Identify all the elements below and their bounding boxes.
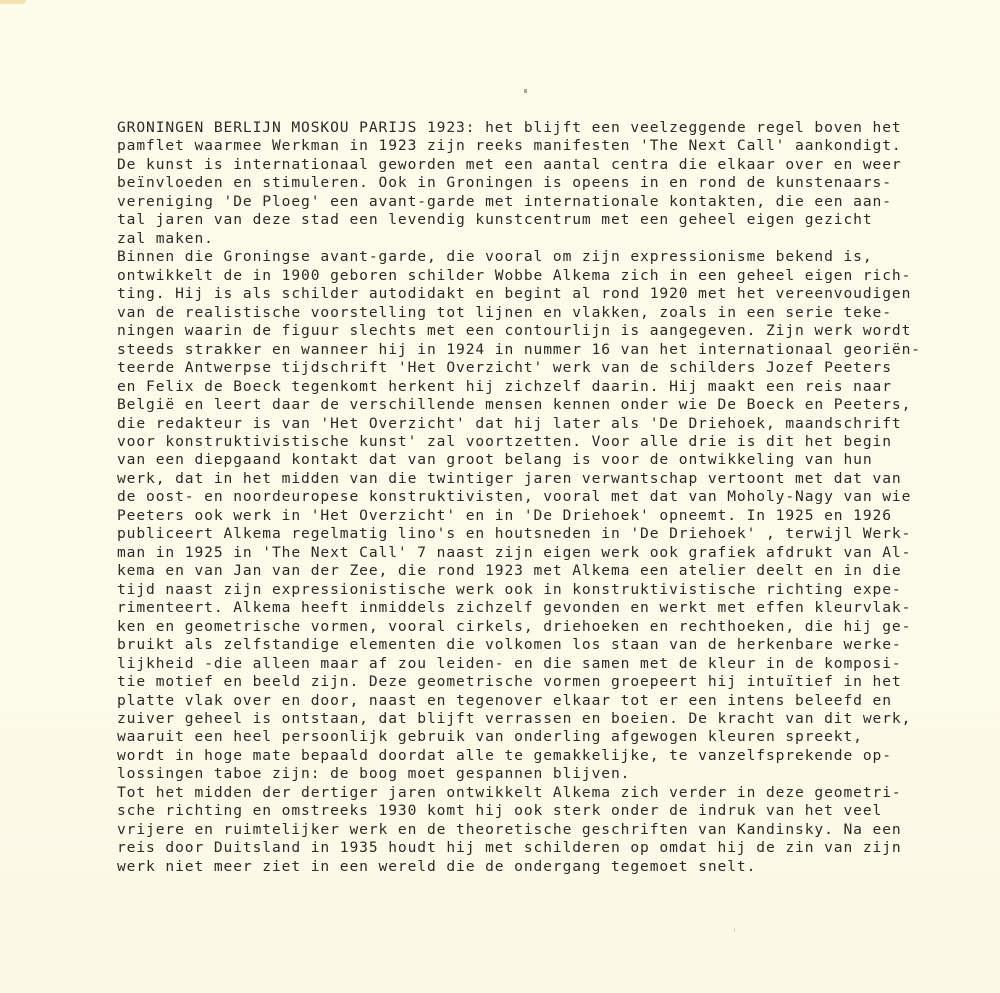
text-line: beïnvloeden en stimuleren. Ook in Gronin…	[117, 174, 917, 192]
text-line: GRONINGEN BERLIJN MOSKOU PARIJS 1923: he…	[117, 119, 917, 137]
text-line: ontwikkelt de in 1900 geboren schilder W…	[117, 267, 917, 285]
text-line: Binnen die Groningse avant-garde, die vo…	[117, 248, 917, 266]
text-line: ken en geometrische vormen, vooral cirke…	[117, 618, 917, 636]
text-line: voor konstruktivistische kunst' zal voor…	[117, 433, 917, 451]
text-line: tijd naast zijn expressionistische werk …	[117, 581, 917, 599]
text-line: België en leert daar de verschillende me…	[117, 396, 917, 414]
text-line: lossingen taboe zijn: de boog moet gespa…	[117, 765, 917, 783]
body-text: GRONINGEN BERLIJN MOSKOU PARIJS 1923: he…	[117, 119, 917, 876]
text-line: van de realistische voorstelling tot lij…	[117, 304, 917, 322]
text-line: platte vlak over en door, naast en tegen…	[117, 692, 917, 710]
text-line: sche richting en omstreeks 1930 komt hij…	[117, 802, 917, 820]
text-line: zal maken.	[117, 230, 917, 248]
text-line: werk niet meer ziet in een wereld die de…	[117, 858, 917, 876]
text-line: lijkheid -die alleen maar af zou leiden-…	[117, 655, 917, 673]
paper-mark	[734, 928, 735, 932]
text-line: De kunst is internationaal geworden met …	[117, 156, 917, 174]
ink-speck	[524, 89, 527, 93]
text-line: van een diepgaand kontakt dat van groot …	[117, 451, 917, 469]
text-line: teerde Antwerpse tijdschrift 'Het Overzi…	[117, 359, 917, 377]
text-line: vrijere en ruimtelijker werk en de theor…	[117, 821, 917, 839]
text-line: en Felix de Boeck tegenkomt herkent hij …	[117, 378, 917, 396]
text-line: kema en van Jan van der Zee, die rond 19…	[117, 562, 917, 580]
text-line: publiceert Alkema regelmatig lino's en h…	[117, 525, 917, 543]
text-line: pamflet waarmee Werkman in 1923 zijn ree…	[117, 137, 917, 155]
text-line: die redakteur is van 'Het Overzicht' dat…	[117, 415, 917, 433]
text-line: de oost- en noordeuropese konstruktivist…	[117, 488, 917, 506]
paper-stain	[0, 0, 26, 4]
text-line: rimenteert. Alkema heeft inmiddels zichz…	[117, 599, 917, 617]
text-line: steeds strakker en wanneer hij in 1924 i…	[117, 341, 917, 359]
text-line: tal jaren van deze stad een levendig kun…	[117, 211, 917, 229]
text-line: reis door Duitsland in 1935 houdt hij me…	[117, 839, 917, 857]
text-line: zuiver geheel is ontstaan, dat blijft ve…	[117, 710, 917, 728]
text-line: man in 1925 in 'The Next Call' 7 naast z…	[117, 544, 917, 562]
text-line: ningen waarin de figuur slechts met een …	[117, 322, 917, 340]
text-line: vereniging 'De Ploeg' een avant-garde me…	[117, 193, 917, 211]
text-line: waaruit een heel persoonlijk gebruik van…	[117, 728, 917, 746]
text-line: wordt in hoge mate bepaald doordat alle …	[117, 747, 917, 765]
text-line: bruikt als zelfstandige elementen die vo…	[117, 636, 917, 654]
text-line: Peeters ook werk in 'Het Overzicht' en i…	[117, 507, 917, 525]
text-line: ting. Hij is als schilder autodidakt en …	[117, 285, 917, 303]
text-line: tie motief en beeld zijn. Deze geometris…	[117, 673, 917, 691]
text-line: Tot het midden der dertiger jaren ontwik…	[117, 784, 917, 802]
text-line: werk, dat in het midden van die twintige…	[117, 470, 917, 488]
scanned-page: GRONINGEN BERLIJN MOSKOU PARIJS 1923: he…	[0, 0, 1000, 993]
